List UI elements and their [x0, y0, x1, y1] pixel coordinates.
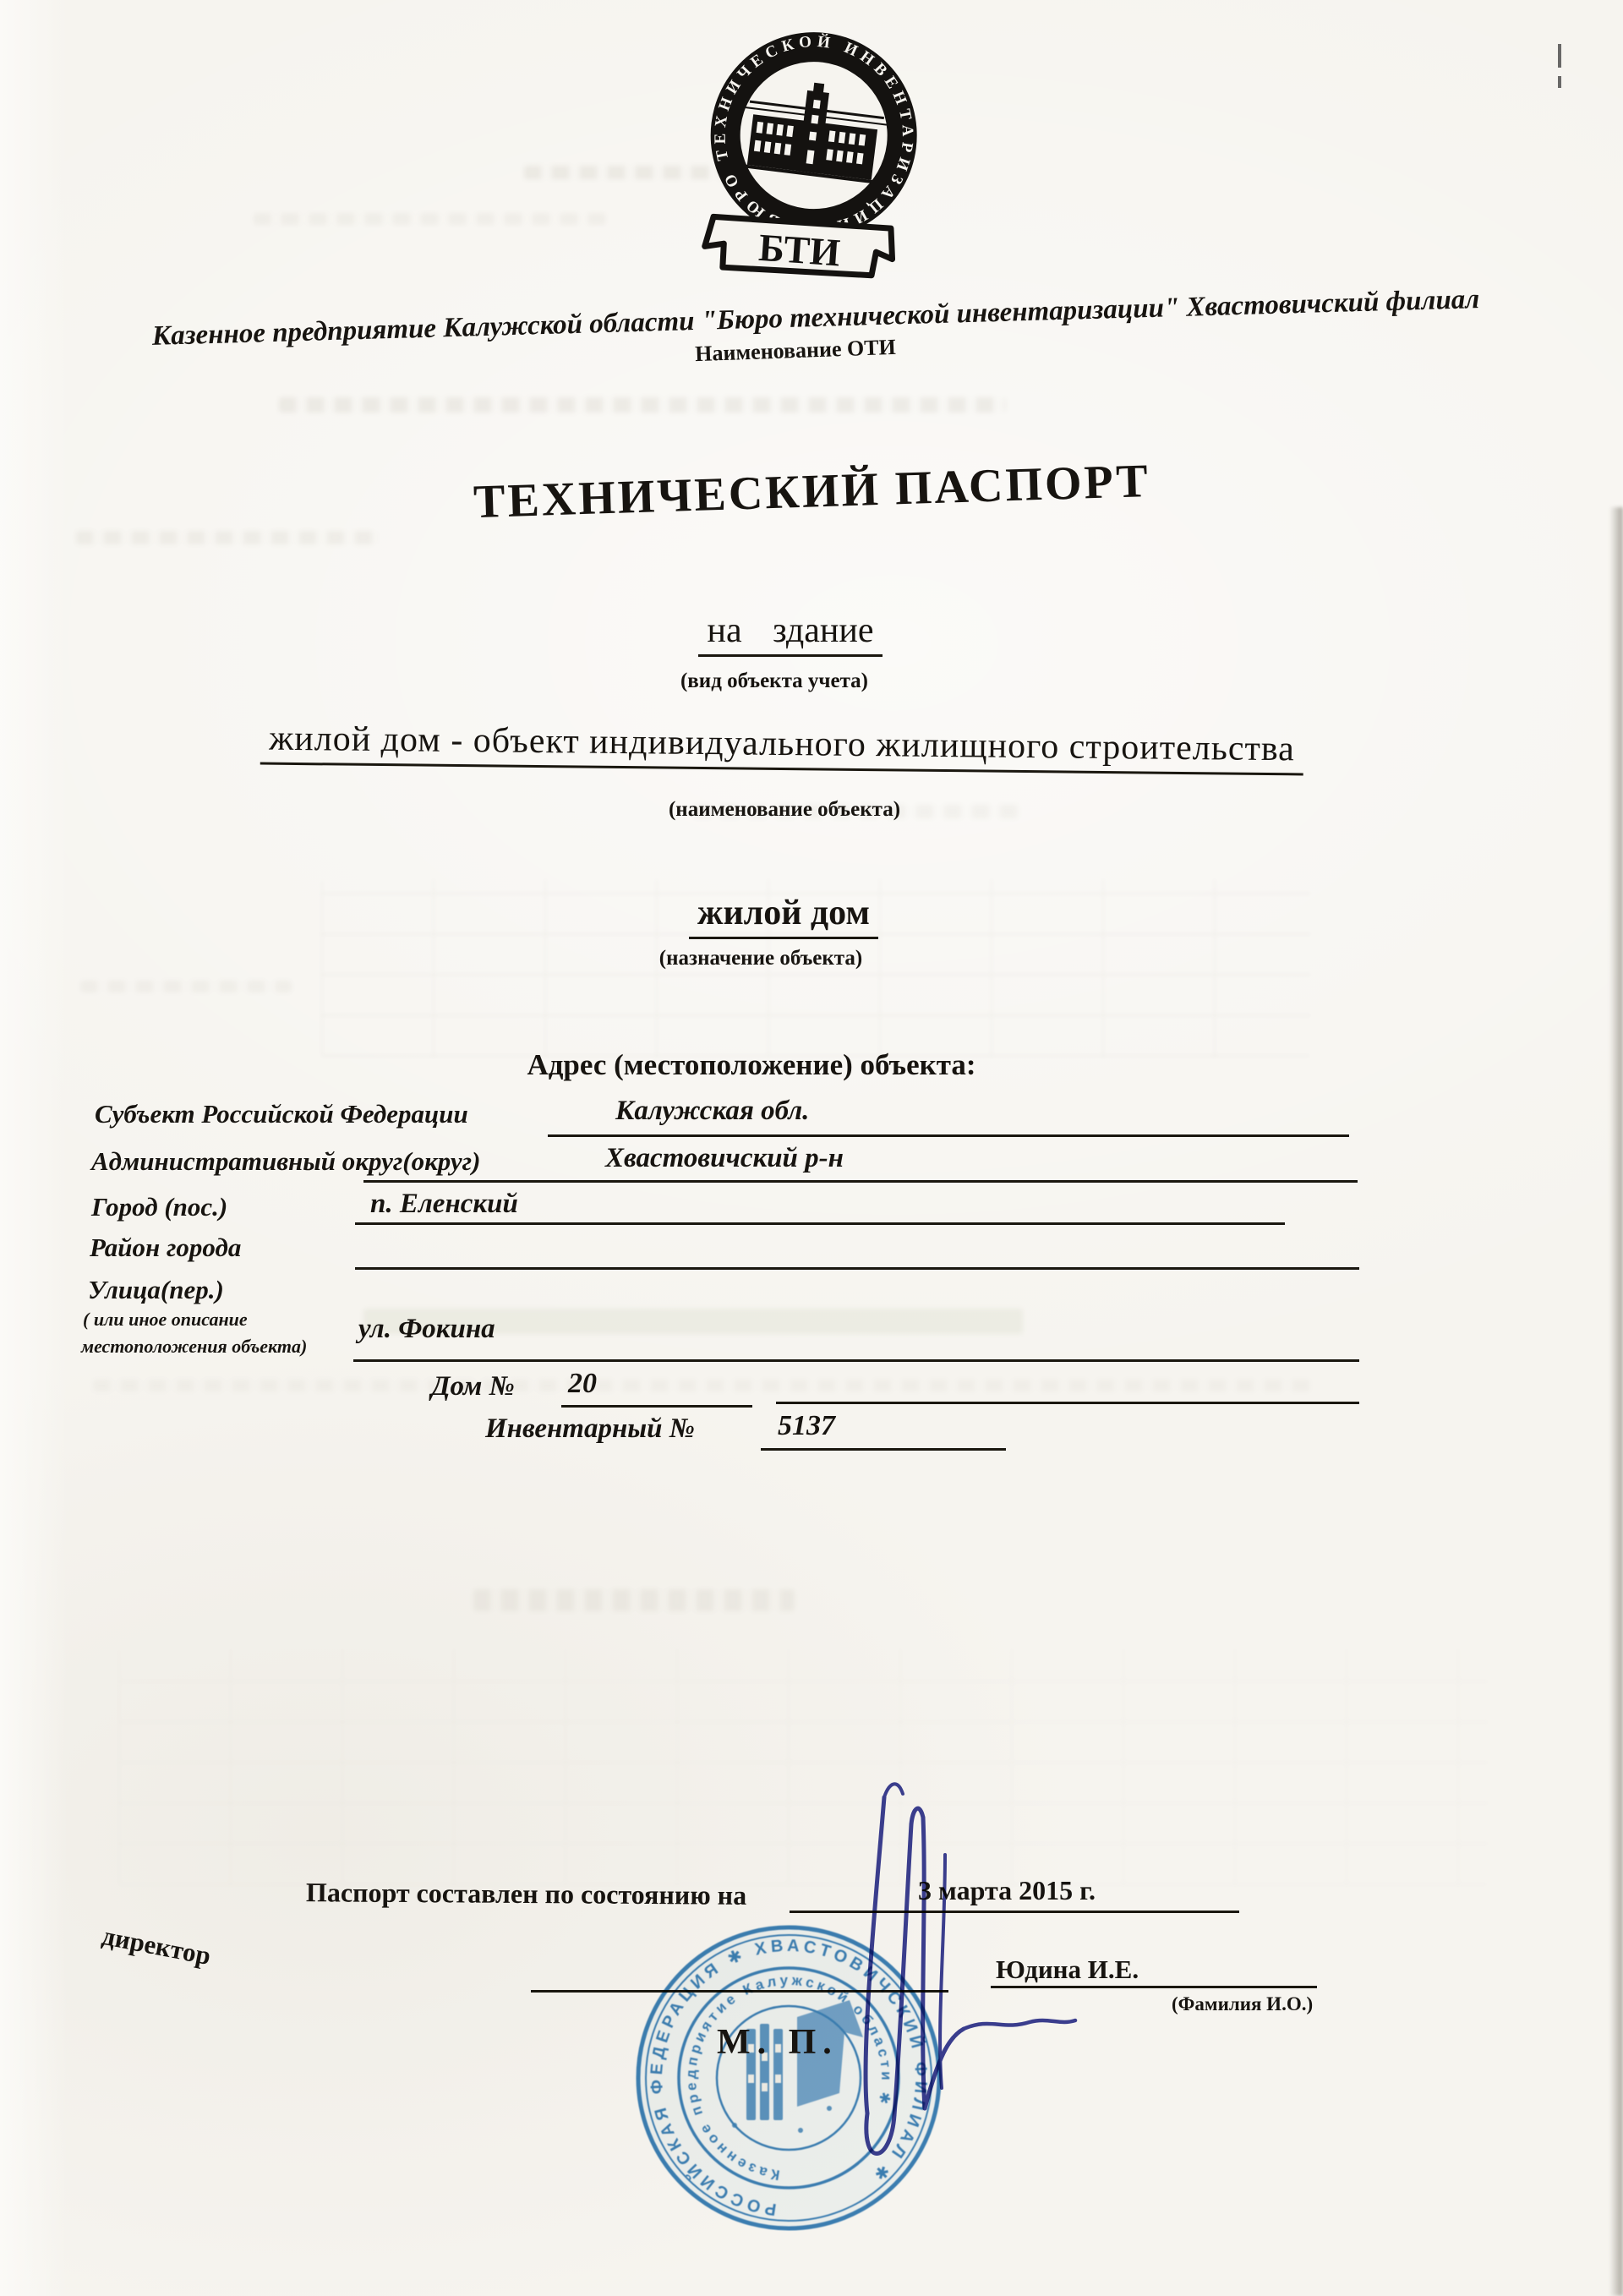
- bleed-through-artifact: [473, 1589, 795, 1611]
- address-row-label: Город (пос.): [91, 1192, 227, 1222]
- address-row-line: [355, 1267, 1359, 1270]
- signer-name-caption: (Фамилия И.О.): [1172, 1993, 1313, 2015]
- scan-edge-shadow: [1609, 507, 1623, 2296]
- inventory-number-line: [761, 1448, 1006, 1451]
- scan-mark: [1558, 44, 1561, 68]
- handwritten-signature: [811, 1774, 1116, 2213]
- bti-emblem: БЮРО ТЕХНИЧЕСКОЙ ИНВЕНТАРИЗАЦИИ БТИ: [697, 27, 926, 286]
- object-name-caption: (наименование объекта): [615, 798, 954, 822]
- signer-position: директор: [100, 1921, 213, 1971]
- house-number-line-2: [776, 1402, 1359, 1404]
- house-number-line: [561, 1405, 752, 1408]
- emblem-banner-text: БТИ: [757, 226, 842, 275]
- compiled-on-label: Паспорт составлен по состоянию на: [306, 1877, 746, 1911]
- address-row-value: п. Еленский: [370, 1189, 518, 1220]
- scan-mark: [1558, 76, 1561, 88]
- organization-name-caption: Наименование ОТИ: [681, 334, 910, 367]
- bleed-through-artifact: [279, 397, 1006, 413]
- address-row-value: ул. Фокина: [358, 1314, 495, 1345]
- object-purpose-value: жилой дом: [689, 893, 878, 939]
- bleed-through-artifact: [93, 1380, 1310, 1391]
- address-row-label: Улица(пер.): [88, 1275, 224, 1305]
- address-row-value: Хвастовичский р-н: [605, 1143, 844, 1174]
- address-section-title: Адрес (местоположение) объекта:: [504, 1048, 999, 1082]
- address-row-line: [548, 1134, 1349, 1137]
- object-purpose: жилой дом: [615, 893, 953, 939]
- address-row-sublabel: местоположения объекта): [81, 1336, 307, 1358]
- object-kind-caption: (вид объекта учета): [605, 670, 943, 693]
- technical-passport-page: БЮРО ТЕХНИЧЕСКОЙ ИНВЕНТАРИЗАЦИИ БТИ Каз: [0, 0, 1623, 2296]
- bleed-through-artifact: [76, 531, 380, 544]
- object-name-value: жилой дом - объект индивидуального жилищ…: [260, 719, 1303, 776]
- bleed-through-artifact: [254, 213, 609, 225]
- house-number-label: Дом №: [431, 1371, 515, 1402]
- inventory-number-value: 5137: [778, 1410, 835, 1442]
- object-name: жилой дом - объект индивидуального жилищ…: [211, 718, 1353, 776]
- house-number-value: 20: [568, 1368, 597, 1400]
- address-row-label: Административный округ(округ): [91, 1146, 480, 1177]
- address-row-label: Район города: [90, 1233, 241, 1263]
- address-row-line: [355, 1222, 1285, 1225]
- address-row-value: Калужская обл.: [615, 1096, 809, 1127]
- address-row-label: Субъект Российской Федерации: [95, 1099, 468, 1129]
- object-kind-value: на здание: [698, 610, 882, 657]
- object-purpose-caption: (назначение объекта): [592, 947, 930, 970]
- address-row-line: [363, 1180, 1358, 1183]
- object-kind: на здание: [621, 610, 959, 657]
- document-title: ТЕХНИЧЕСКИЙ ПАСПОРТ: [473, 455, 1125, 529]
- bleed-through-artifact: [118, 1648, 1488, 1885]
- address-row-line: [353, 1359, 1359, 1362]
- bleed-through-artifact: [80, 981, 292, 992]
- address-row-sublabel: ( или иное описание: [83, 1309, 248, 1331]
- inventory-number-label: Инвентарный №: [485, 1413, 695, 1445]
